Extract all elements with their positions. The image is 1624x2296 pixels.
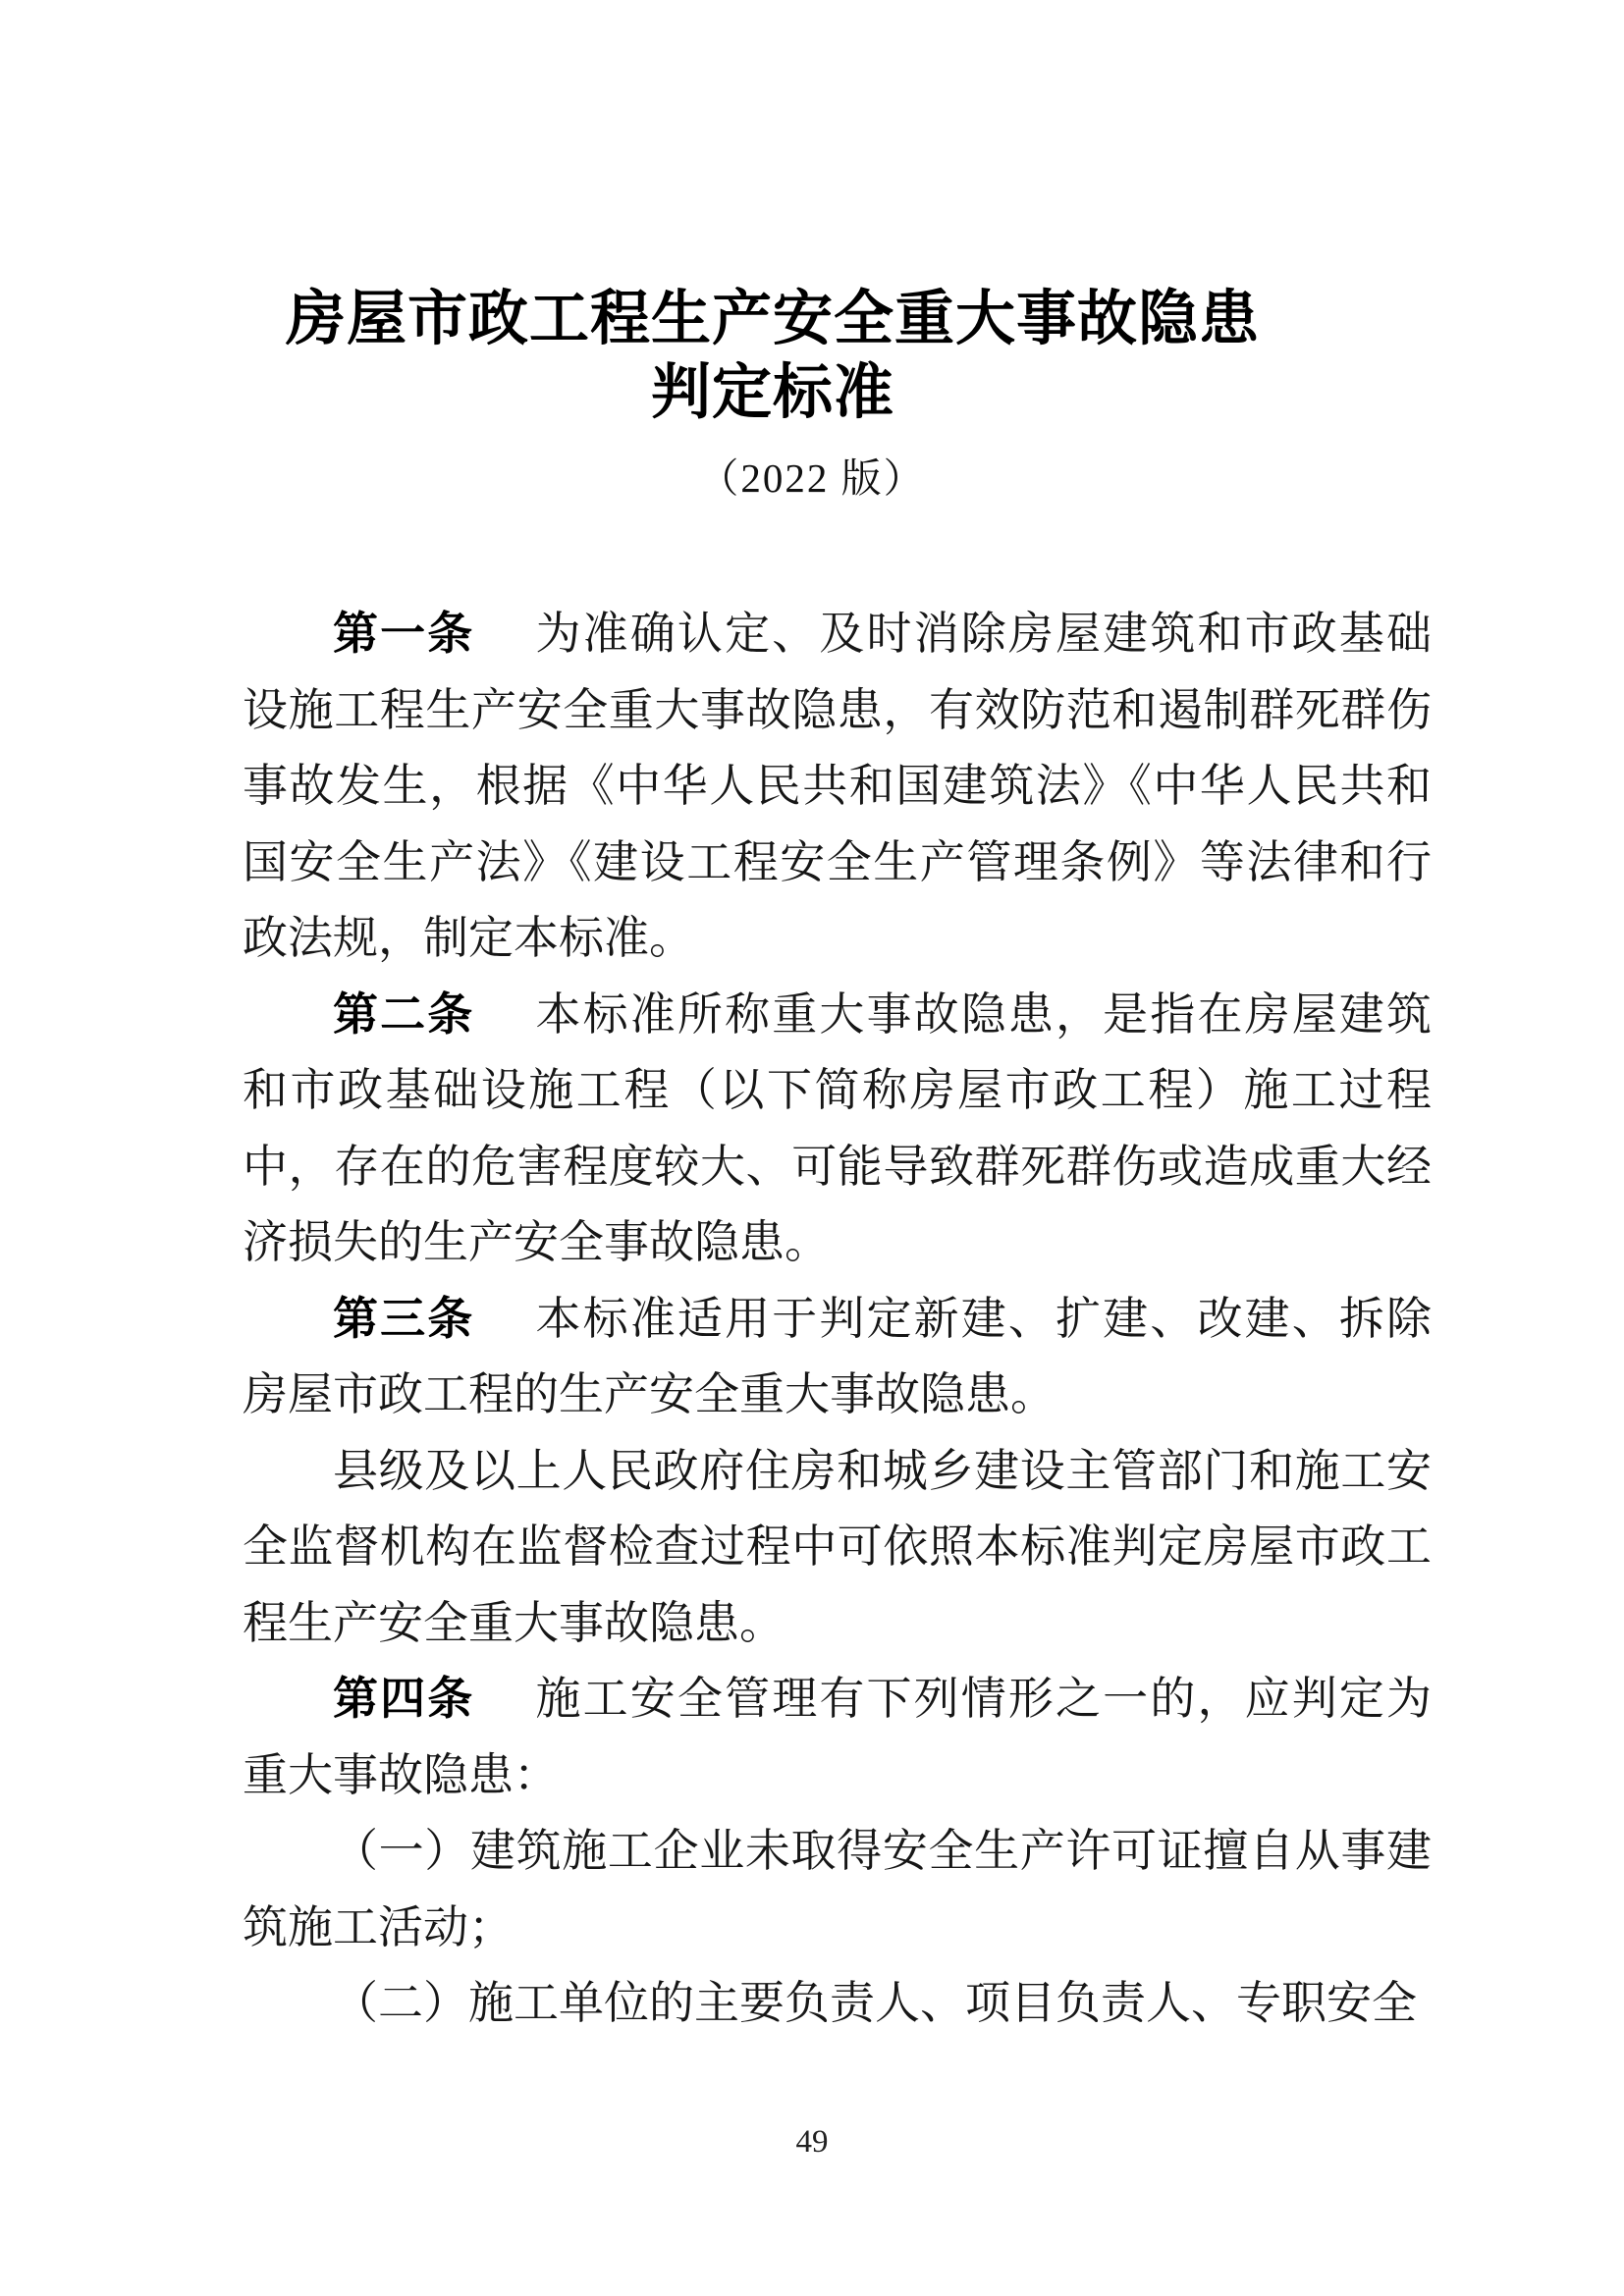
paragraph-article-4: 第四条施工安全管理有下列情形之一的，应判定为重大事故隐患： (243, 1661, 1432, 1813)
document-title: 房屋市政工程生产安全重大事故隐患 判定标准 (0, 283, 1585, 430)
paragraph-article-2: 第二条本标准所称重大事故隐患，是指在房屋建筑和市政基础设施工程（以下简称房屋市政… (243, 977, 1432, 1281)
title-line-1: 房屋市政工程生产安全重大事故隐患 (0, 283, 1585, 356)
title-block: 房屋市政工程生产安全重大事故隐患 判定标准 （2022 版） (0, 283, 1624, 504)
paragraph-item-2: （二）施工单位的主要负责人、项目负责人、专职安全 (243, 1965, 1432, 2042)
title-line-2: 判定标准 (0, 356, 1585, 430)
paragraph-text: 为准确认定、及时消除房屋建筑和市政基础设施工程生产安全重大事故隐患，有效防范和遏… (243, 609, 1432, 963)
document-subtitle: （2022 版） (0, 453, 1624, 504)
paragraph-text: （一）建筑施工企业未取得安全生产许可证擅自从事建筑施工活动； (243, 1826, 1432, 1952)
paragraph-item-1: （一）建筑施工企业未取得安全生产许可证擅自从事建筑施工活动； (243, 1813, 1432, 1965)
article-label-3: 第三条 (333, 1293, 474, 1344)
paragraph-article-3: 第三条本标准适用于判定新建、扩建、改建、拆除房屋市政工程的生产安全重大事故隐患。 (243, 1281, 1432, 1433)
document-page: 房屋市政工程生产安全重大事故隐患 判定标准 （2022 版） 第一条为准确认定、… (0, 0, 1624, 2296)
paragraph-article-1: 第一条为准确认定、及时消除房屋建筑和市政基础设施工程生产安全重大事故隐患，有效防… (243, 596, 1432, 977)
paragraph-text: （二）施工单位的主要负责人、项目负责人、专职安全 (333, 1978, 1417, 2028)
paragraph-text: 县级及以上人民政府住房和城乡建设主管部门和施工安全监督机构在监督检查过程中可依照… (243, 1446, 1432, 1648)
article-label-2: 第二条 (333, 988, 474, 1040)
document-body: 第一条为准确认定、及时消除房屋建筑和市政基础设施工程生产安全重大事故隐患，有效防… (243, 596, 1432, 2042)
page-footer: 49 (0, 2120, 1624, 2163)
paragraph-article-3-continuation: 县级及以上人民政府住房和城乡建设主管部门和施工安全监督机构在监督检查过程中可依照… (243, 1433, 1432, 1662)
article-label-1: 第一条 (333, 608, 474, 659)
page-number: 49 (796, 2124, 829, 2160)
article-label-4: 第四条 (333, 1673, 474, 1724)
